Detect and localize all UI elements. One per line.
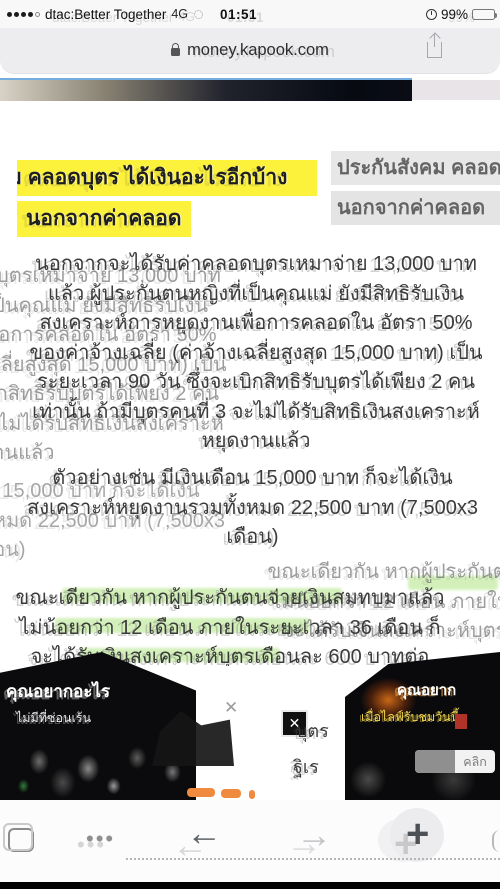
address-bar[interactable]: money.kapook.com — [0, 28, 500, 74]
article-text-fragment: บุตร — [296, 716, 329, 745]
clock-time: 01:51 — [220, 7, 257, 22]
signal-strength-icon — [7, 12, 40, 17]
paragraph-1: นอกจากจะได้รับค่าคลอดบุตรเหมาจ่าย 13,000… — [22, 250, 490, 457]
network-type-label: 4G — [171, 7, 188, 21]
forward-button[interactable]: → — [296, 814, 332, 856]
url-text[interactable]: money.kapook.com — [187, 41, 329, 60]
ad-headline: คุณอยากอะไร — [6, 678, 196, 705]
browser-toolbar: ••• ← → + — [0, 800, 500, 882]
status-bar: dtac:Better Together 4G 01:51 99% — [0, 0, 500, 28]
orange-dash-artifact — [187, 788, 215, 797]
ad-cta-thumbnail — [415, 750, 455, 773]
lock-icon — [171, 48, 180, 56]
new-tab-button[interactable]: + — [406, 812, 429, 857]
headline-line2: นอกจากค่าคลอด — [17, 201, 191, 237]
phone-screen: dtac:Better Together 4G 01:51 99% money.… — [0, 0, 500, 889]
edge-partial-icon — [492, 830, 500, 852]
orange-dash-artifact — [249, 790, 255, 799]
ad-close-ghost-icon: ✕ — [224, 698, 238, 718]
ad-cta-button[interactable]: คลิก — [415, 750, 495, 773]
network-activity-icon — [194, 10, 203, 19]
ad-cta-label: คลิก — [455, 752, 495, 772]
article-body: นอกจากจะได้รับค่าคลอดบุตรเหมาจ่าย 13,000… — [0, 246, 500, 666]
ad-banner[interactable]: คุณอยากอะไร ไม่มีที่ซ่อนเร้น ✕ ✕ บุตร ฐิ… — [0, 652, 500, 802]
dotted-tear-line — [126, 858, 500, 860]
headline-ghost: ประกันสังคม คลอดบุตร ได้เงินอะไรอีกบ้าง … — [331, 151, 500, 225]
battery-percent-label: 99% — [441, 7, 468, 22]
alarm-icon — [426, 9, 437, 20]
paragraph-2: ตัวอย่างเช่น มีเงินเดือน 15,000 บาท ก็จะ… — [25, 464, 480, 553]
headline-line1: ประกันสังคม คลอดบุตร ได้เงินอะไรอีกบ้าง — [17, 160, 317, 196]
article-text-fragment: ฐิเร — [293, 752, 319, 781]
article-photo-strip-ghost — [412, 80, 500, 100]
orange-dash-artifact — [221, 789, 241, 798]
battery-icon — [472, 9, 495, 20]
tabs-icon[interactable] — [8, 828, 34, 852]
ad-banner-right-image[interactable]: คุณอยาก เมื่อไลฟ์รับชมวันนี้ คลิก — [345, 652, 500, 802]
screen-bottom-bar — [0, 882, 500, 889]
carrier-label: dtac:Better Together — [45, 7, 166, 22]
article-headline: ประกันสังคม คลอดบุตร ได้เงินอะไรอีกบ้าง … — [17, 160, 317, 237]
ad-headline-ghost: คุณอยาก — [397, 678, 500, 702]
share-icon[interactable] — [427, 42, 442, 58]
back-button[interactable]: ← — [186, 812, 222, 854]
ad-subtitle-yellow: เมื่อไลฟ์รับชมวันนี้ — [361, 707, 500, 727]
article-photo-strip — [0, 78, 412, 101]
more-menu-button[interactable]: ••• — [86, 826, 115, 852]
ad-channel-logo — [455, 714, 467, 729]
